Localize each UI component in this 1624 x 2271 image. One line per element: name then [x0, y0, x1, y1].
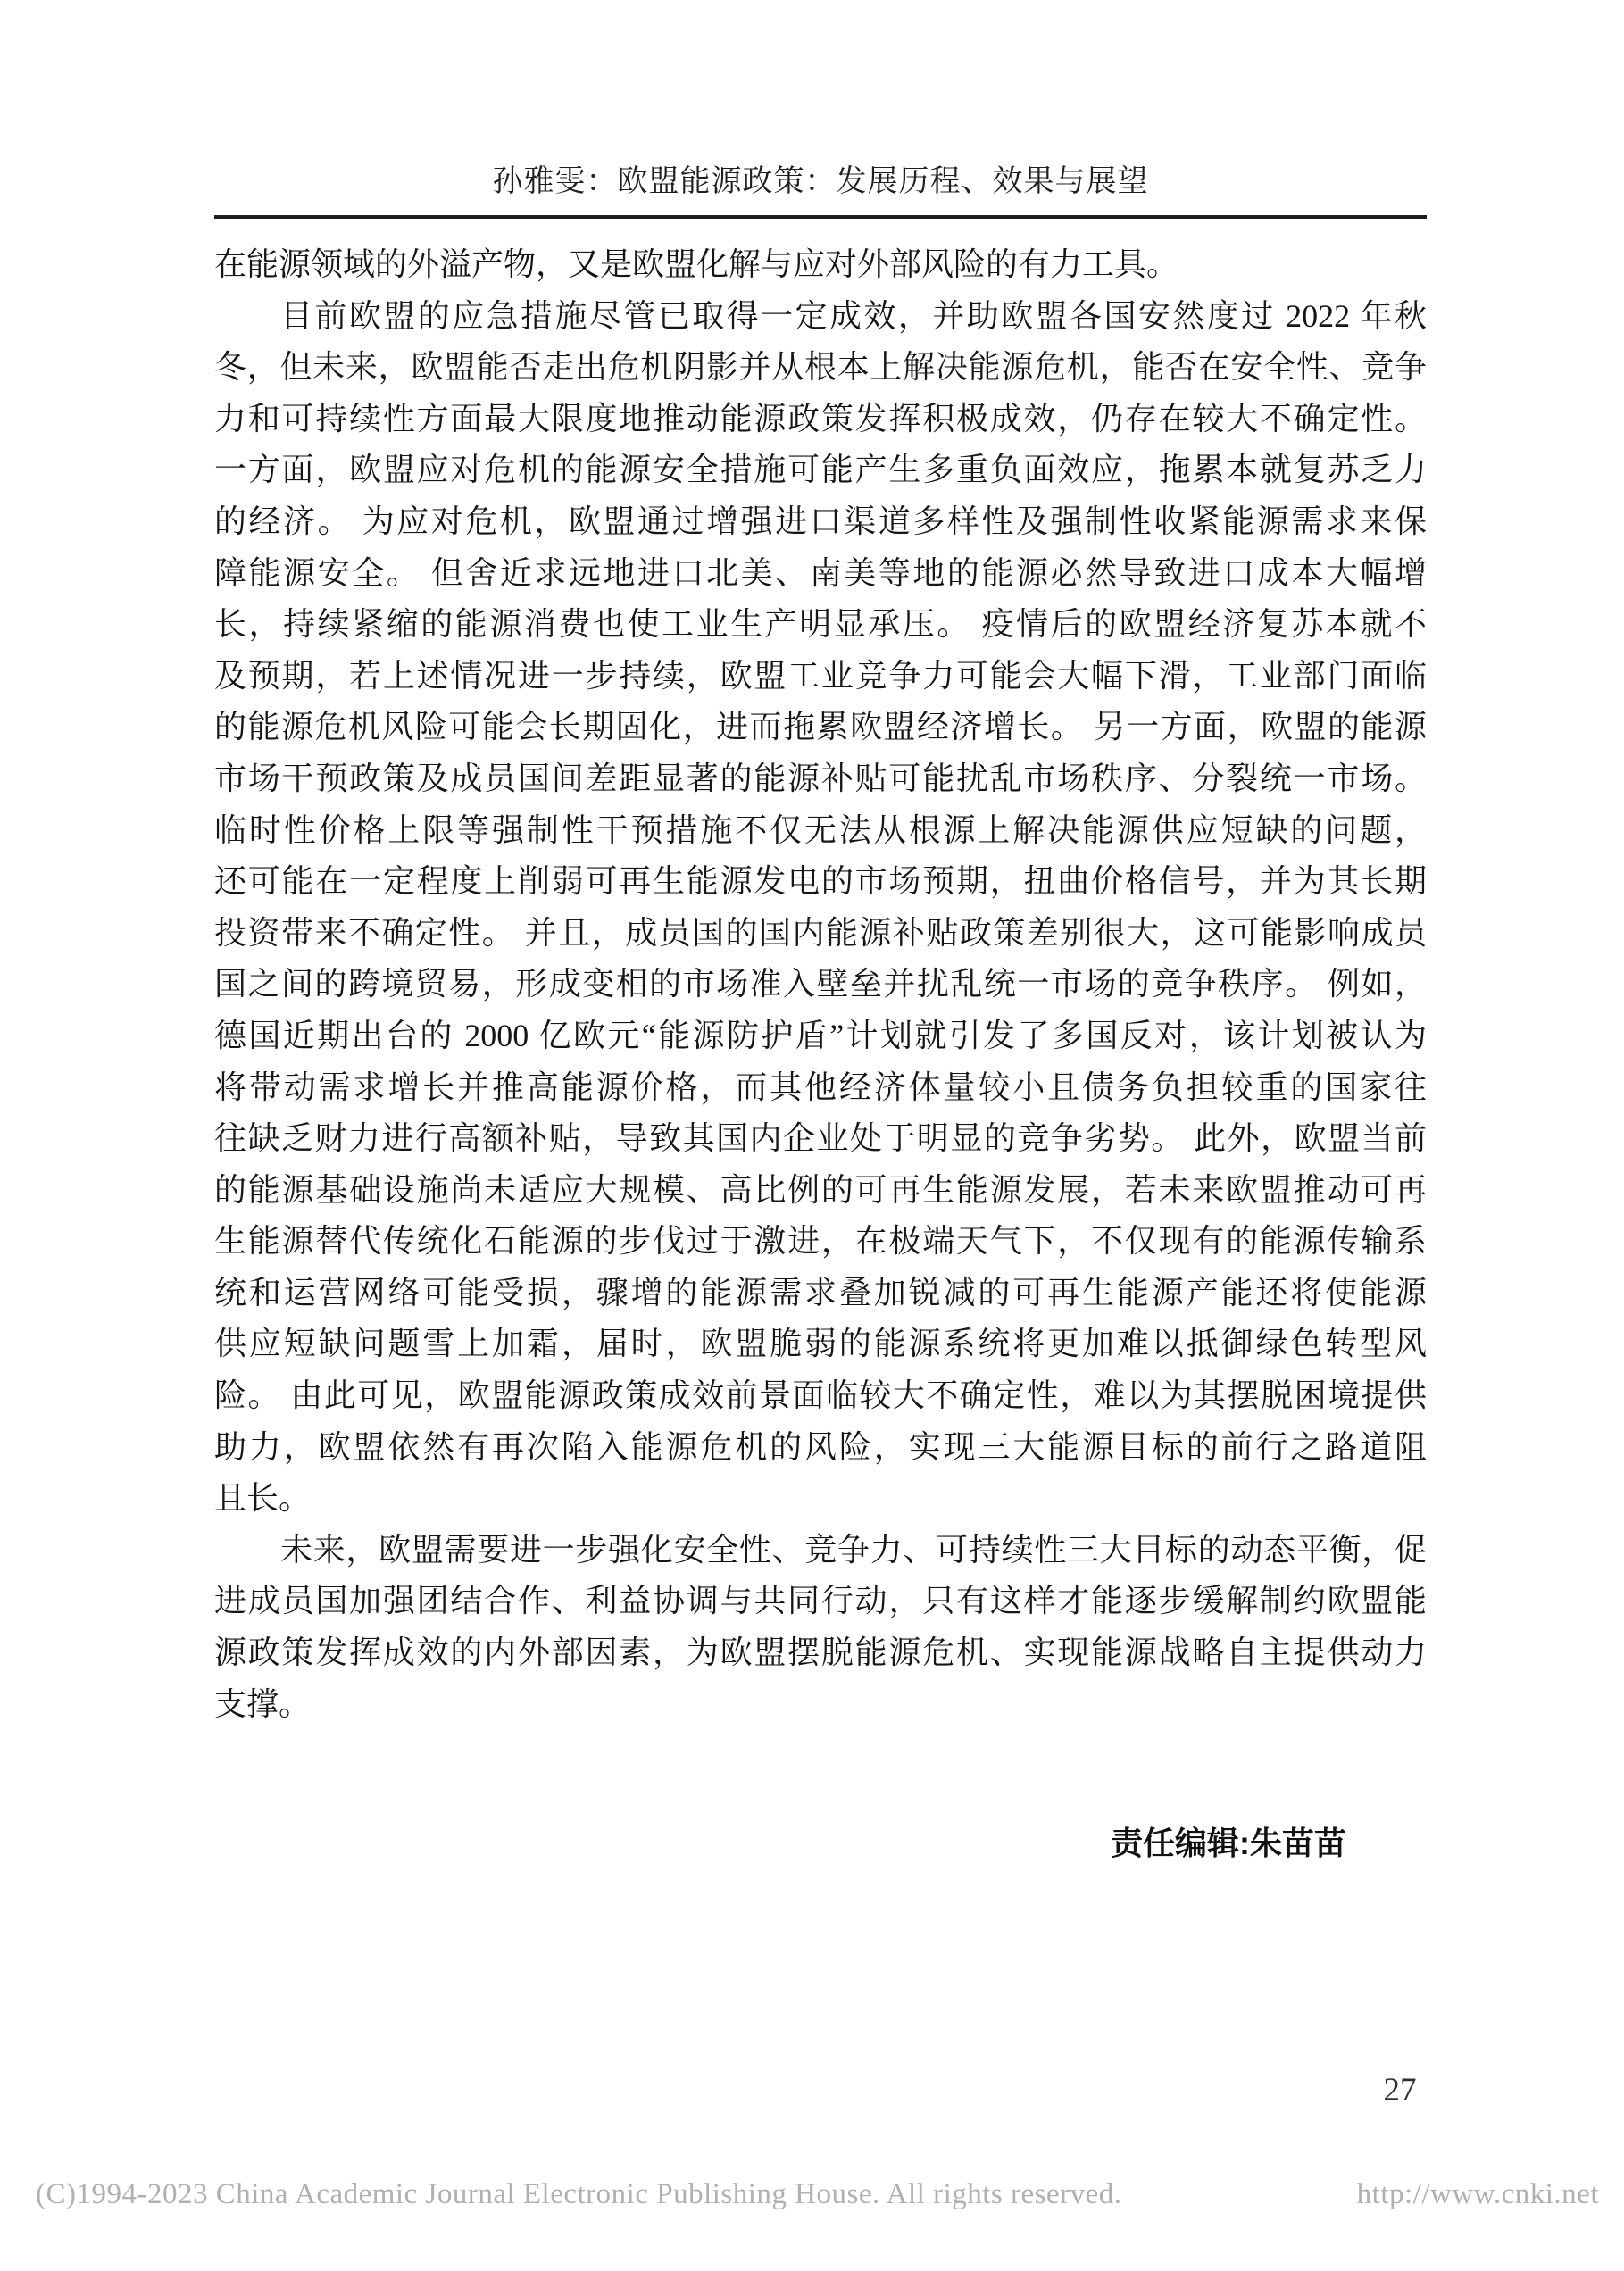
text-line: 统和运营网络可能受损，骤增的能源需求叠加锐减的可再生能源产能还将使能源	[214, 1268, 1427, 1319]
text-line: 未来，欧盟需要进一步强化安全性、竞争力、可持续性三大目标的动态平衡，促	[214, 1525, 1427, 1576]
text-line: 助力，欧盟依然有再次陷入能源危机的风险，实现三大能源目标的前行之路道阻	[214, 1422, 1427, 1474]
text-line: 目前欧盟的应急措施尽管已取得一定成效，并助欧盟各国安然度过 2022 年秋	[214, 291, 1427, 343]
footer: (C)1994-2023 China Academic Journal Elec…	[36, 2178, 1599, 2211]
text-line: 一方面，欧盟应对危机的能源安全措施可能产生多重负面效应，拖累本就复苏乏力	[214, 445, 1427, 496]
footer-url: http://www.cnki.net	[1357, 2178, 1599, 2211]
text-line: 障能源安全。 但舍近求远地进口北美、南美等地的能源必然导致进口成本大幅增	[214, 548, 1427, 600]
text-line: 的经济。 为应对危机，欧盟通过增强进口渠道多样性及强制性收紧能源需求来保	[214, 496, 1427, 548]
article-body: 在能源领域的外溢产物，又是欧盟化解与应对外部风险的有力工具。目前欧盟的应急措施尽…	[214, 239, 1427, 1730]
footer-copyright: (C)1994-2023 China Academic Journal Elec…	[36, 2178, 1122, 2211]
text-line: 临时性价格上限等强制性干预措施不仅无法从根源上解决能源供应短缺的问题，	[214, 805, 1427, 857]
editor-credit: 责任编辑:朱苗苗	[214, 1821, 1427, 1866]
document-page: 孙雅雯：欧盟能源政策：发展历程、效果与展望 在能源领域的外溢产物，又是欧盟化解与…	[0, 0, 1624, 2271]
text-line: 投资带来不确定性。 并且，成员国的国内能源补贴政策差别很大，这可能影响成员	[214, 908, 1427, 960]
page-number: 27	[1364, 2071, 1436, 2109]
text-line: 生能源替代传统化石能源的步伐过于激进，在极端天气下，不仅现有的能源传输系	[214, 1216, 1427, 1268]
text-line: 源政策发挥成效的内外部因素，为欧盟摆脱能源危机、实现能源战略自主提供动力	[214, 1627, 1427, 1679]
text-line: 险。 由此可见，欧盟能源政策成效前景面临较大不确定性，难以为其摆脱困境提供	[214, 1370, 1427, 1422]
header-rule	[214, 215, 1427, 219]
text-line: 及预期，若上述情况进一步持续，欧盟工业竞争力可能会大幅下滑，工业部门面临	[214, 651, 1427, 703]
text-line: 将带动需求增长并推高能源价格，而其他经济体量较小且债务负担较重的国家往	[214, 1062, 1427, 1114]
text-line: 往缺乏财力进行高额补贴，导致其国内企业处于明显的竞争劣势。 此外，欧盟当前	[214, 1113, 1427, 1165]
text-line: 进成员国加强团结合作、利益协调与共同行动，只有这样才能逐步缓解制约欧盟能	[214, 1576, 1427, 1627]
text-line: 德国近期出台的 2000 亿欧元“能源防护盾”计划就引发了多国反对，该计划被认为	[214, 1011, 1427, 1062]
text-line: 支撑。	[214, 1679, 1427, 1731]
text-line: 冬，但未来，欧盟能否走出危机阴影并从根本上解决能源危机，能否在安全性、竞争	[214, 342, 1427, 394]
text-line: 的能源危机风险可能会长期固化，进而拖累欧盟经济增长。 另一方面，欧盟的能源	[214, 702, 1427, 753]
text-line: 的能源基础设施尚未适应大规模、高比例的可再生能源发展，若未来欧盟推动可再	[214, 1165, 1427, 1217]
text-line: 国之间的跨境贸易，形成变相的市场准入壁垒并扰乱统一市场的竞争秩序。 例如，	[214, 959, 1427, 1011]
text-line: 在能源领域的外溢产物，又是欧盟化解与应对外部风险的有力工具。	[214, 239, 1427, 291]
running-head-title: 孙雅雯：欧盟能源政策：发展历程、效果与展望	[214, 164, 1427, 200]
text-line: 供应短缺问题雪上加霜，届时，欧盟脆弱的能源系统将更加难以抵御绿色转型风	[214, 1319, 1427, 1370]
text-line: 且长。	[214, 1473, 1427, 1525]
text-line: 长，持续紧缩的能源消费也使工业生产明显承压。 疫情后的欧盟经济复苏本就不	[214, 599, 1427, 651]
text-line: 还可能在一定程度上削弱可再生能源发电的市场预期，扭曲价格信号，并为其长期	[214, 856, 1427, 908]
text-line: 力和可持续性方面最大限度地推动能源政策发挥积极成效，仍存在较大不确定性。	[214, 394, 1427, 445]
text-line: 市场干预政策及成员国间差距显著的能源补贴可能扰乱市场秩序、分裂统一市场。	[214, 753, 1427, 805]
